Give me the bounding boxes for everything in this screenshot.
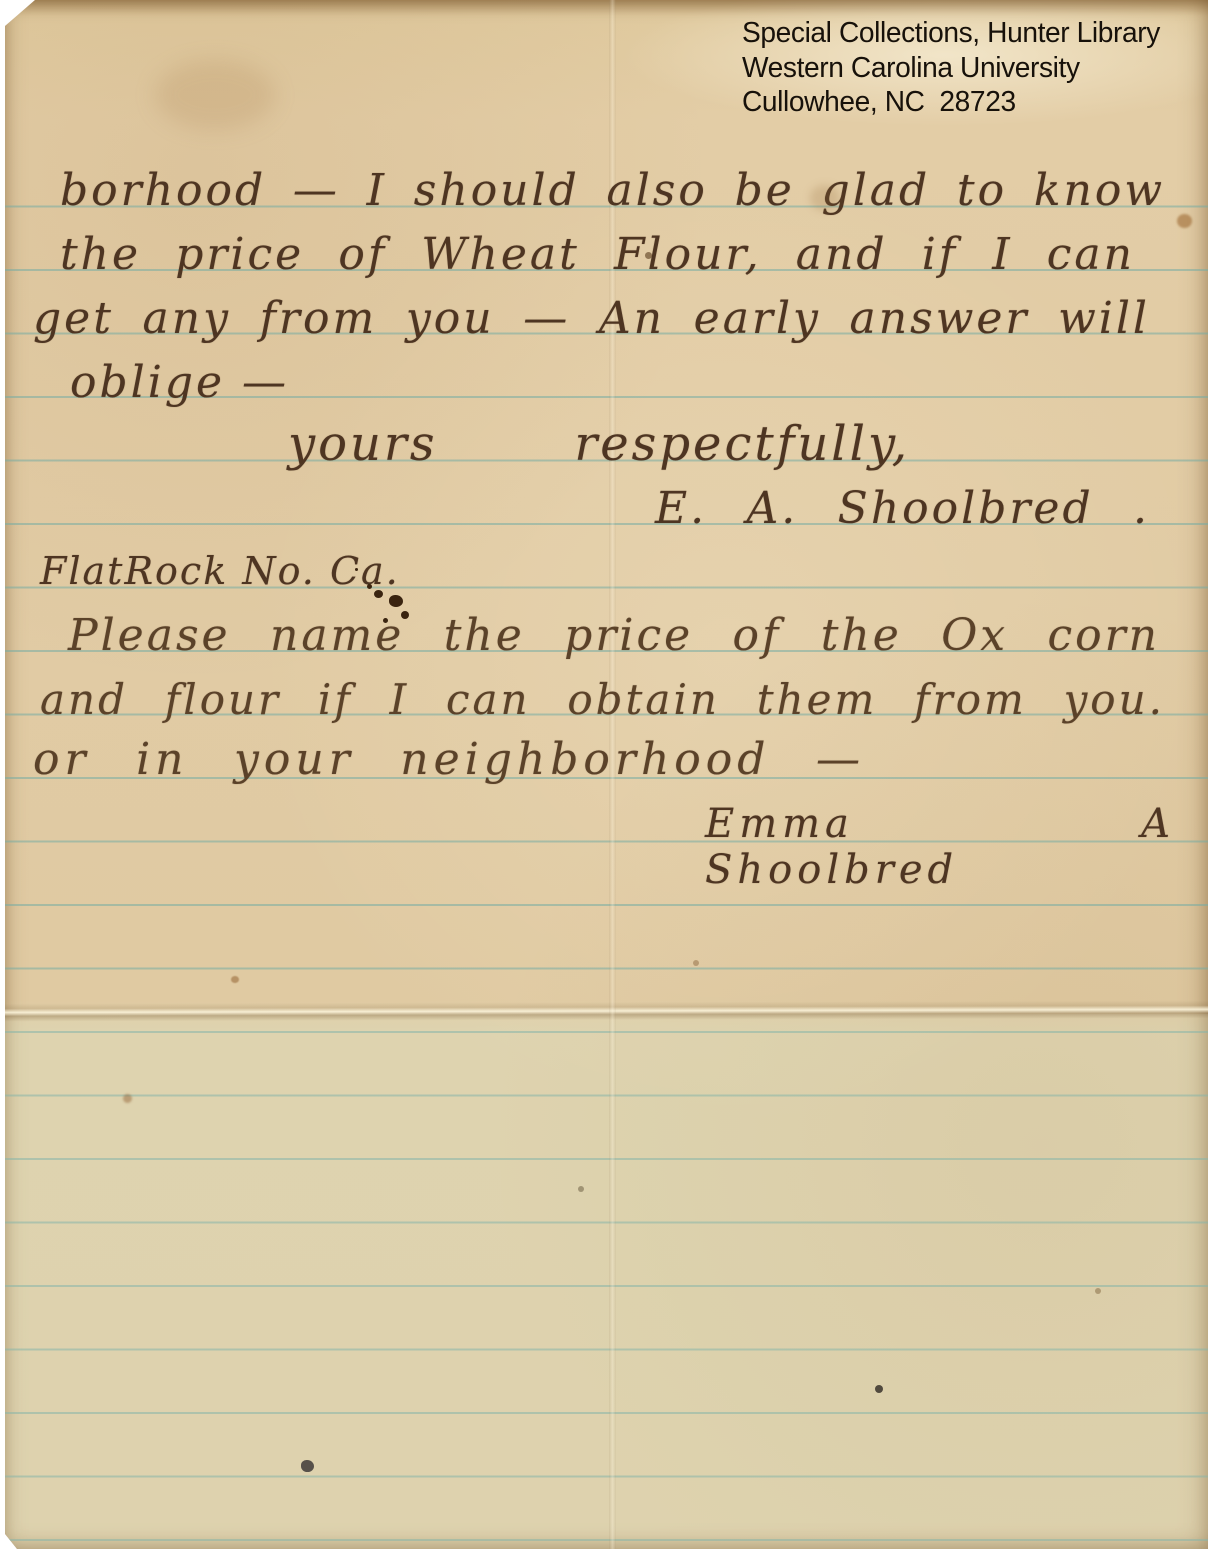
stamp-line-address: Cullowhee, NC 28723 [742,85,1188,120]
document-page: Special Collections, Hunter Library West… [5,0,1208,1549]
below-fold-region [5,1014,1208,1549]
stamp-line-university: Western Carolina University [742,51,1188,86]
handwritten-postscript-1: Please name the price of the Ox corn [68,610,1160,661]
handwritten-closing: yours respectfully, [288,416,910,472]
stain-smudge [155,60,275,130]
ink-blot [389,595,403,607]
stain-spot [1177,214,1192,228]
horizontal-fold-crease [5,1000,1208,1021]
handwritten-signature-2: Emma A Shoolbred [705,801,1175,893]
stamp-line-collections: Special Collections, Hunter Library [742,16,1188,51]
stain-spot [231,976,239,983]
stain-spot [693,960,699,966]
handwritten-line-2: the price of Wheat Flour, and if I can [60,229,1135,280]
handwritten-line-3: get any from you — An early answer will [33,293,1150,344]
handwritten-line-1: borhood — I should also be glad to know [60,165,1165,216]
handwritten-postscript-3: or in your neighborhood — [33,734,865,785]
library-stamp: Special Collections, Hunter Library West… [742,16,1188,120]
handwritten-line-4: oblige — [70,357,289,408]
handwritten-postscript-2: and flour if I can obtain them from you. [40,675,1165,724]
handwritten-place-line: FlatRock No. Ca. [40,549,400,593]
handwritten-signature: E. A. Shoolbred . [655,483,1150,534]
